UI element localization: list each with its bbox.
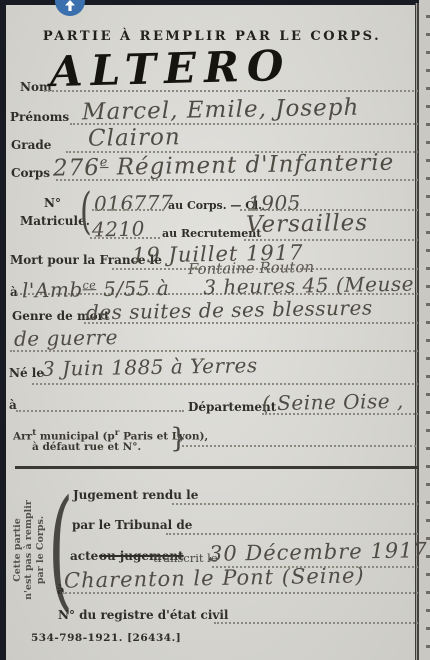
- jugement-dotted: [172, 503, 418, 505]
- tribunal-label: par le Tribunal de: [72, 518, 192, 532]
- corps-ordinal-sup: e: [100, 154, 109, 169]
- genre-mort-value-line2: de guerre: [14, 325, 118, 351]
- prenoms-label: Prénoms: [10, 110, 69, 124]
- section-divider: [15, 466, 419, 469]
- amb-sup: ce: [82, 278, 96, 291]
- lieu-naissance-dotted: [16, 410, 184, 412]
- arrow-up-icon: [64, 0, 76, 12]
- acte-label: acte: [70, 549, 98, 563]
- recrutement-number-dotted: [90, 237, 160, 239]
- transcrit-date-value: 30 Décembre 1917: [209, 538, 428, 566]
- registre-dotted: [214, 622, 418, 624]
- ne-value: 3 Juin 1885 à Yerres: [42, 353, 258, 381]
- prenoms-value: Marcel, Emile, Joseph: [82, 95, 360, 126]
- arr-sup-r: r: [115, 428, 120, 438]
- matricule-corps-number: 016777: [94, 190, 174, 215]
- recrutement-place-value: Versailles: [246, 210, 369, 238]
- tribunal-dotted: [166, 533, 418, 535]
- arrondissement-brace: }: [170, 425, 187, 452]
- grade-label: Grade: [11, 138, 51, 152]
- matricule-no-label: N°: [44, 196, 61, 210]
- departement-dotted: [262, 413, 418, 415]
- arr-sup-t: t: [32, 428, 36, 438]
- side-note: Cette partie n'est pas à remplir par le …: [12, 490, 48, 610]
- lieu-deces-label: à: [10, 285, 18, 299]
- corps-label: Corps: [11, 166, 50, 180]
- jugement-label: Jugement rendu le: [73, 488, 198, 502]
- card-header: PARTIE À REMPLIR PAR LE CORPS.: [6, 29, 418, 44]
- matricule-brace: (: [80, 186, 92, 236]
- arrondissement-dotted: [182, 445, 416, 447]
- print-code: 534-798-1921. [26434.]: [31, 632, 181, 644]
- departement-value: ( Seine Oise ,: [262, 389, 404, 415]
- ne-dotted-line: [32, 383, 418, 385]
- genre-mort-dotted-line2: [10, 350, 418, 352]
- ne-label: Né le: [9, 366, 44, 380]
- grade-value: Clairon: [88, 124, 181, 152]
- nom-value: ALTERO: [49, 41, 292, 96]
- record-card-page: PARTIE À REMPLIR PAR LE CORPS. Nom ALTER…: [0, 0, 430, 660]
- matricule-corps-dotted: [92, 209, 164, 211]
- arrondissement-label-line2: à défaut rue et N°.: [32, 441, 141, 453]
- transcrit-label: transcrit le: [153, 551, 218, 565]
- transcription-lieu-dotted: [62, 592, 418, 594]
- genre-mort-value-line1: des suites de ses blessures: [86, 296, 373, 325]
- registre-label: N° du registre d'état civil: [58, 608, 228, 622]
